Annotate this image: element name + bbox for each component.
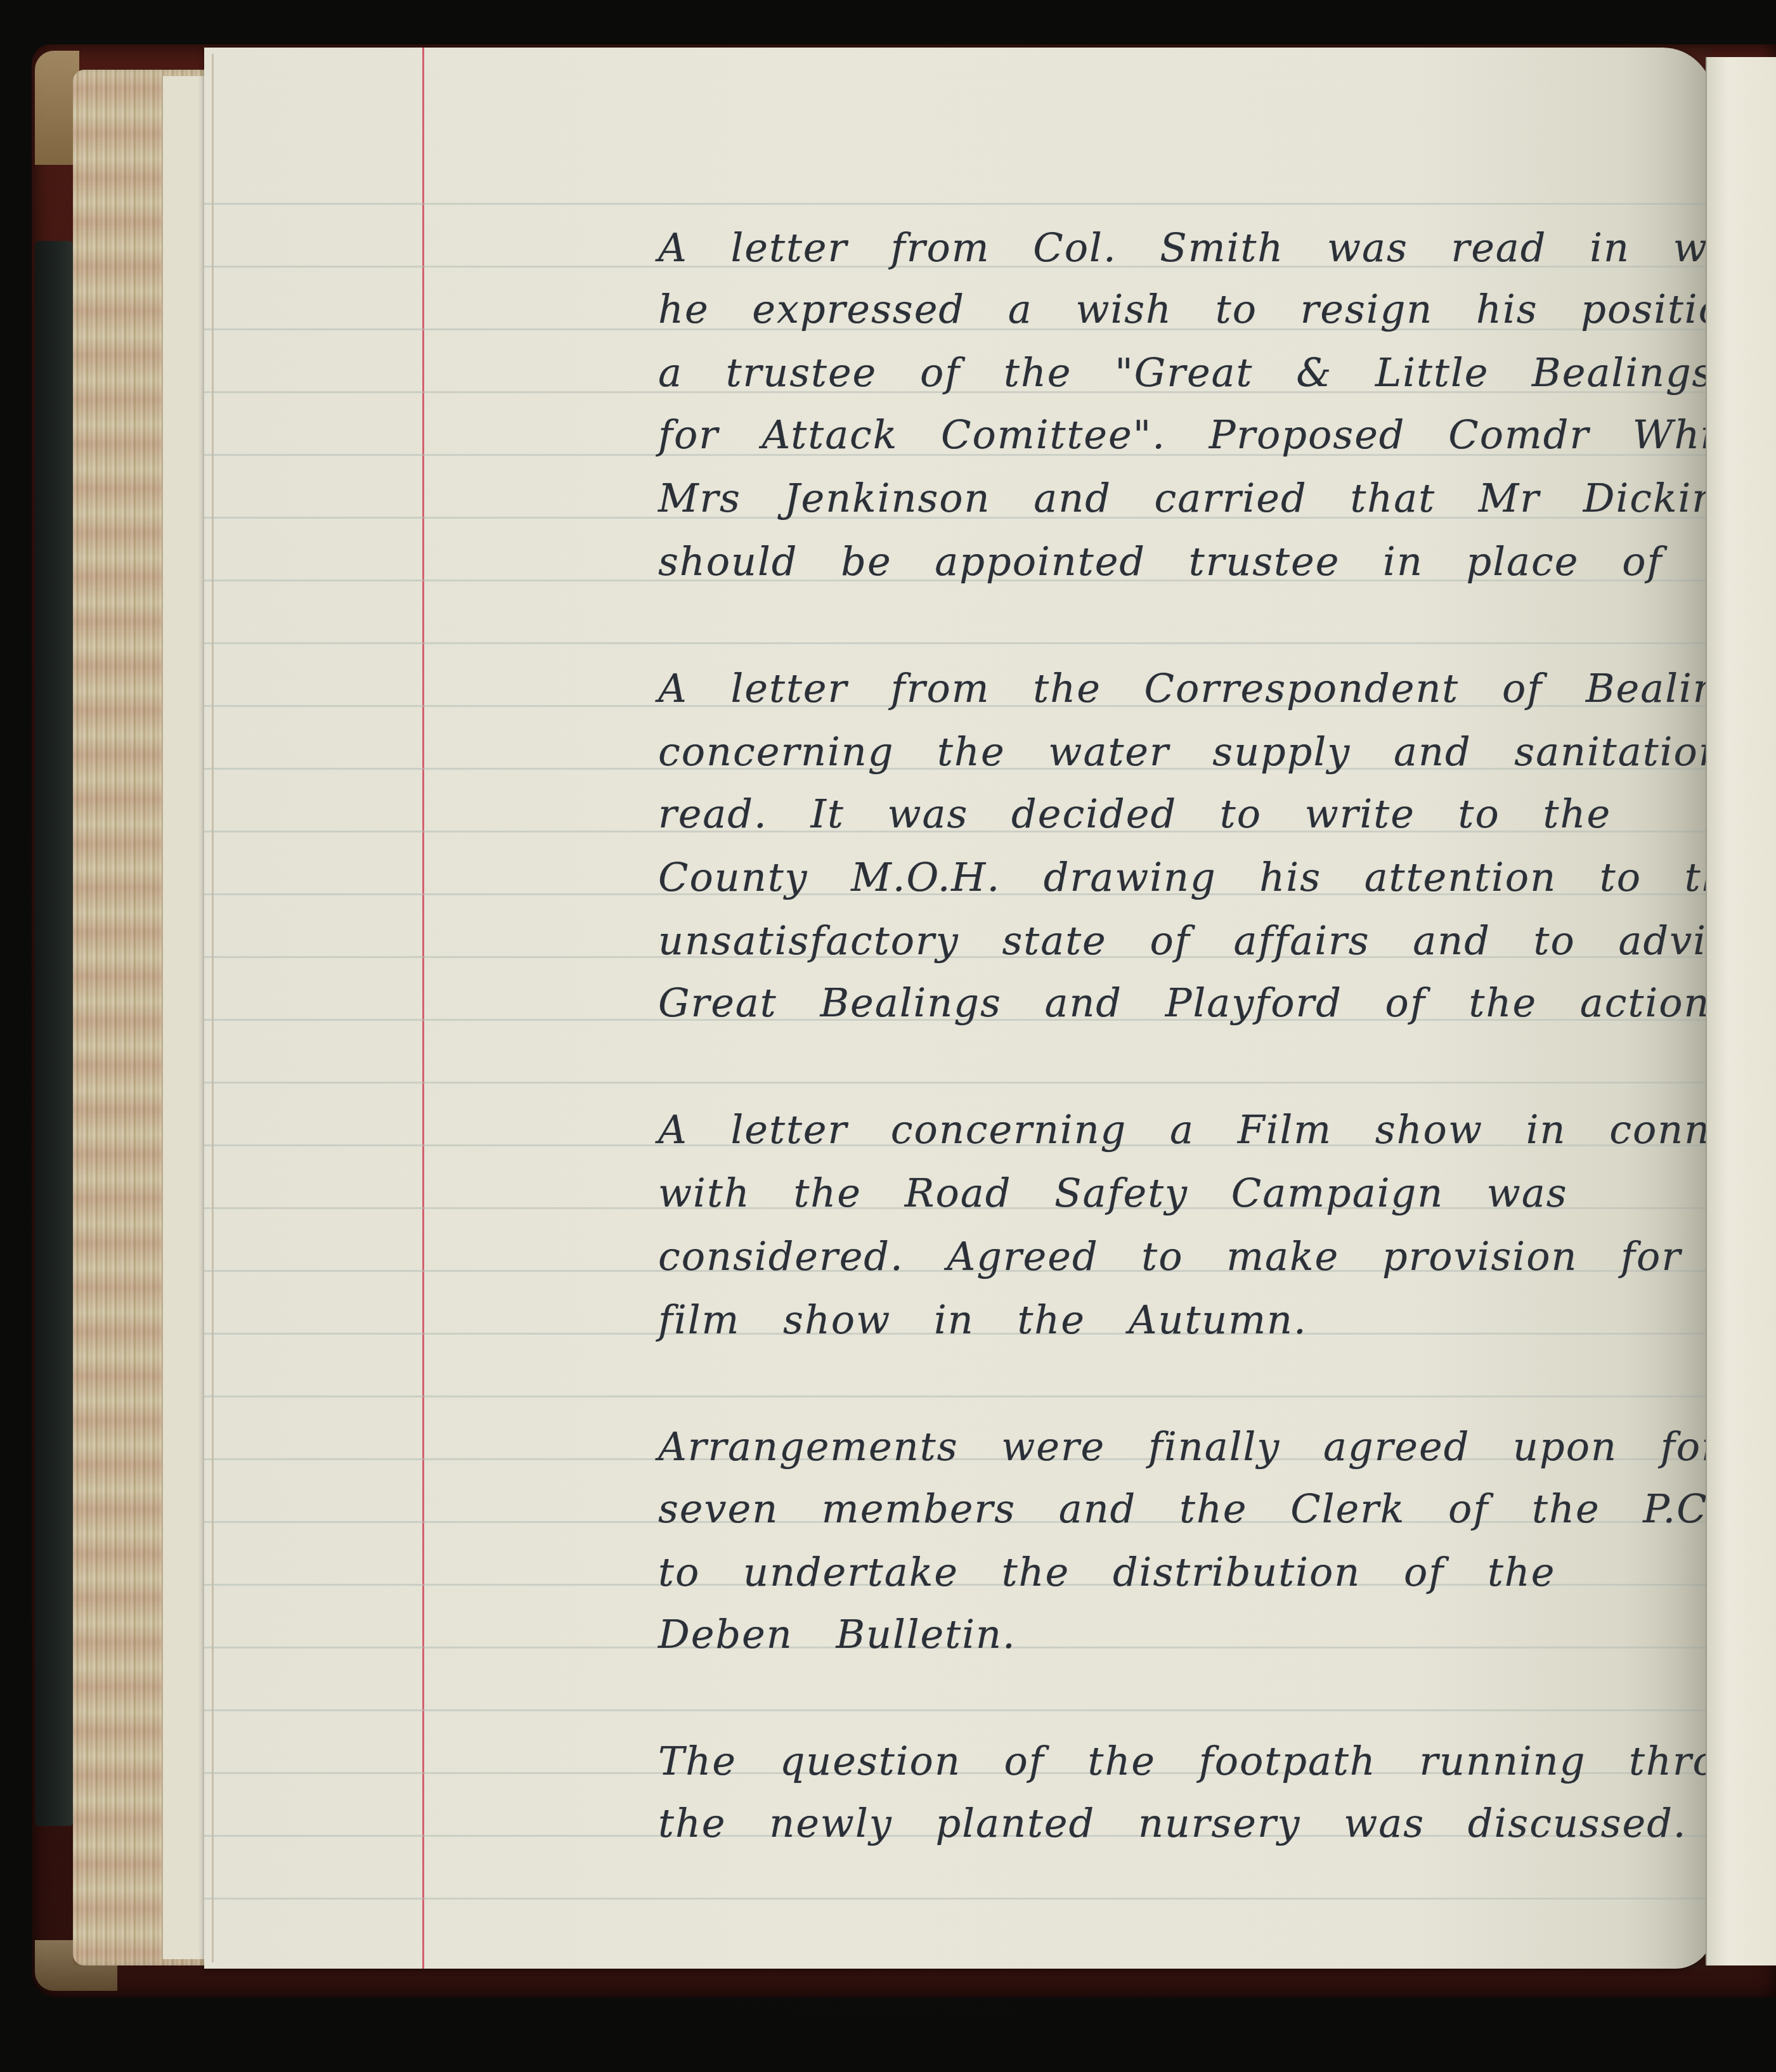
scan-scene: A letter from Col. Smith was read in whi… (0, 0, 1776, 2072)
minutes-text: A letter from Col. Smith was read in whi… (658, 48, 1713, 1969)
text-line: concerning the water supply and sanitati… (658, 732, 1713, 772)
text-line: Mrs Jenkinson and carried that Mr Dickin… (658, 479, 1713, 518)
text-line: read. It was decided to write to the (658, 794, 1713, 834)
text-line: considered. Agreed to make provision for… (658, 1237, 1713, 1276)
text-line: to undertake the distribution of the (658, 1553, 1713, 1592)
facing-page-edge (1706, 57, 1776, 1965)
text-line: with the Road Safety Campaign was (658, 1174, 1713, 1213)
text-line: The question of the footpath running thr… (658, 1742, 1713, 1781)
text-line: unsatisfactory state of affairs and to a… (658, 921, 1713, 961)
ruled-page: A letter from Col. Smith was read in whi… (204, 48, 1713, 1969)
text-line: a trustee of the "Great & Little Bealing… (658, 353, 1713, 392)
red-margin-line (422, 48, 424, 1969)
text-line: film show in the Autumn. (658, 1300, 1713, 1340)
text-line: A letter from Col. Smith was read in whi… (658, 228, 1713, 268)
text-line: he expressed a wish to resign his positi… (658, 290, 1713, 329)
text-line: the newly planted nursery was discussed. (658, 1804, 1713, 1843)
text-line: for Attack Comittee". Proposed Comdr Whi… (658, 415, 1713, 455)
text-line: County M.O.H. drawing his attention to t… (658, 858, 1713, 897)
text-line: Deben Bulletin. (658, 1615, 1713, 1654)
cloth-spine (35, 241, 73, 1826)
text-line: should be appointed trustee in place of … (658, 542, 1713, 581)
text-line: seven members and the Clerk of the P.C. (658, 1489, 1713, 1529)
page-edge-line (212, 54, 214, 1962)
text-line: Great Bealings and Playford of the actio… (658, 983, 1713, 1023)
text-line: A letter from the Correspondent of Beali… (658, 669, 1713, 708)
text-line: Arrangements were finally agreed upon fo… (658, 1427, 1713, 1467)
text-line: A letter concerning a Film show in conne… (658, 1110, 1713, 1149)
